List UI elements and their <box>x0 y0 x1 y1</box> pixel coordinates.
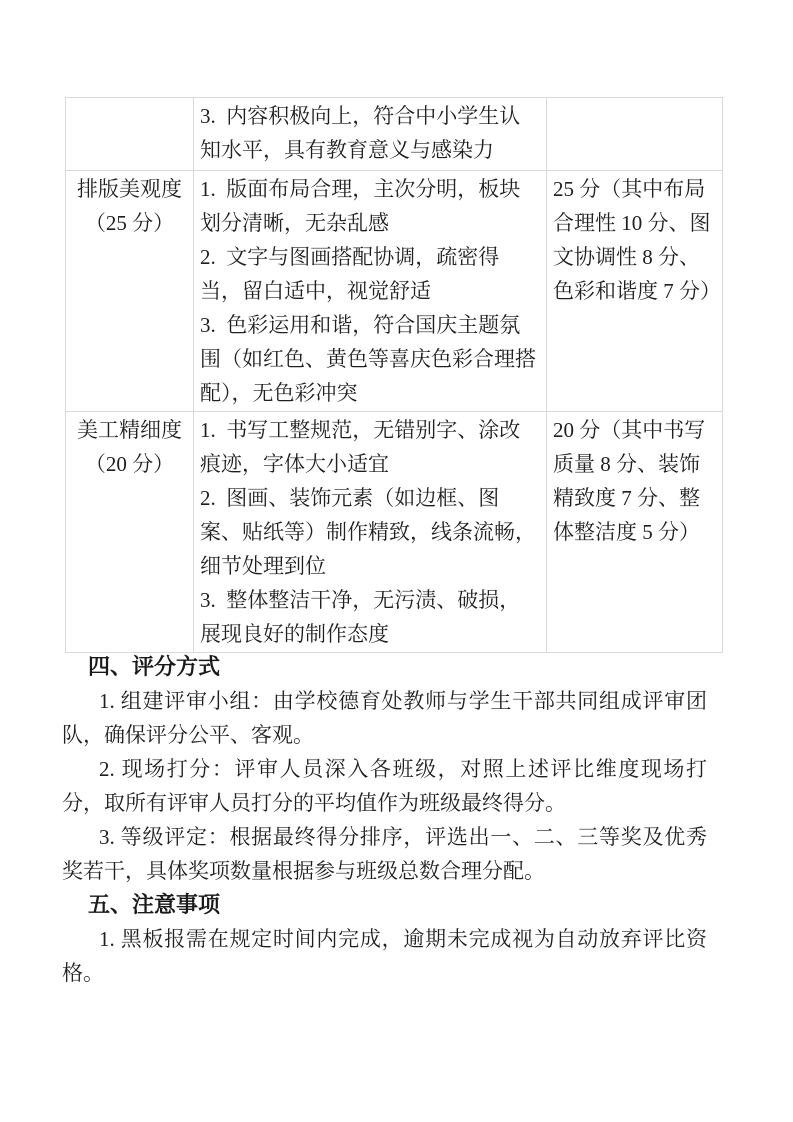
section-heading-scoring-method: 四、评分方式 <box>62 650 707 684</box>
criteria-cell: 1. 版面布局合理，主次分明，板块划分清晰，无杂乱感 2. 文字与图画搭配协调，… <box>194 171 547 412</box>
dimension-score: （25 分） <box>72 206 187 240</box>
body-paragraph: 1. 黑板报需在规定时间内完成，逾期未完成视为自动放弃评比资格。 <box>62 922 707 990</box>
table-row: 美工精细度 （20 分） 1. 书写工整规范，无错别字、涂改痕迹，字体大小适宜 … <box>66 412 723 653</box>
criteria-item: 3. 色彩运用和谐，符合国庆主题氛围（如红色、黄色等喜庆色彩合理搭配），无色彩冲… <box>200 308 540 410</box>
criteria-item: 1. 版面布局合理，主次分明，板块划分清晰，无杂乱感 <box>200 172 540 240</box>
dimension-score: （20 分） <box>72 447 187 481</box>
body-paragraph: 2. 现场打分：评审人员深入各班级，对照上述评比维度现场打分，取所有评审人员打分… <box>62 752 707 820</box>
table-row: 3. 内容积极向上，符合中小学生认知水平，具有教育意义与感染力 <box>66 98 723 171</box>
body-paragraph: 1. 组建评审小组：由学校德育处教师与学生干部共同组成评审团队，确保评分公平、客… <box>62 684 707 752</box>
criteria-item: 3. 内容积极向上，符合中小学生认知水平，具有教育意义与感染力 <box>200 99 540 167</box>
criteria-item: 2. 图画、装饰元素（如边框、图案、贴纸等）制作精致，线条流畅，细节处理到位 <box>200 481 540 583</box>
dimension-cell <box>66 98 194 171</box>
score-cell: 25 分（其中布局合理性 10 分、图文协调性 8 分、色彩和谐度 7 分） <box>547 171 723 412</box>
dimension-name: 美工精细度 <box>72 413 187 447</box>
section-heading-notes: 五、注意事项 <box>62 888 707 922</box>
criteria-item: 3. 整体整洁干净，无污渍、破损，展现良好的制作态度 <box>200 583 540 651</box>
dimension-cell: 排版美观度 （25 分） <box>66 171 194 412</box>
criteria-item: 2. 文字与图画搭配协调，疏密得当，留白适中，视觉舒适 <box>200 240 540 308</box>
scoring-rubric-table: 3. 内容积极向上，符合中小学生认知水平，具有教育意义与感染力 排版美观度 （2… <box>65 97 723 653</box>
dimension-name: 排版美观度 <box>72 172 187 206</box>
criteria-cell: 3. 内容积极向上，符合中小学生认知水平，具有教育意义与感染力 <box>194 98 547 171</box>
criteria-item: 1. 书写工整规范，无错别字、涂改痕迹，字体大小适宜 <box>200 413 540 481</box>
criteria-cell: 1. 书写工整规范，无错别字、涂改痕迹，字体大小适宜 2. 图画、装饰元素（如边… <box>194 412 547 653</box>
score-cell <box>547 98 723 171</box>
score-cell: 20 分（其中书写质量 8 分、装饰精致度 7 分、整体整洁度 5 分） <box>547 412 723 653</box>
body-paragraph: 3. 等级评定：根据最终得分排序，评选出一、二、三等奖及优秀奖若干，具体奖项数量… <box>62 820 707 888</box>
dimension-cell: 美工精细度 （20 分） <box>66 412 194 653</box>
document-body: 四、评分方式 1. 组建评审小组：由学校德育处教师与学生干部共同组成评审团队，确… <box>62 650 707 990</box>
document-page: 3. 内容积极向上，符合中小学生认知水平，具有教育意义与感染力 排版美观度 （2… <box>0 0 793 1122</box>
table-row: 排版美观度 （25 分） 1. 版面布局合理，主次分明，板块划分清晰，无杂乱感 … <box>66 171 723 412</box>
